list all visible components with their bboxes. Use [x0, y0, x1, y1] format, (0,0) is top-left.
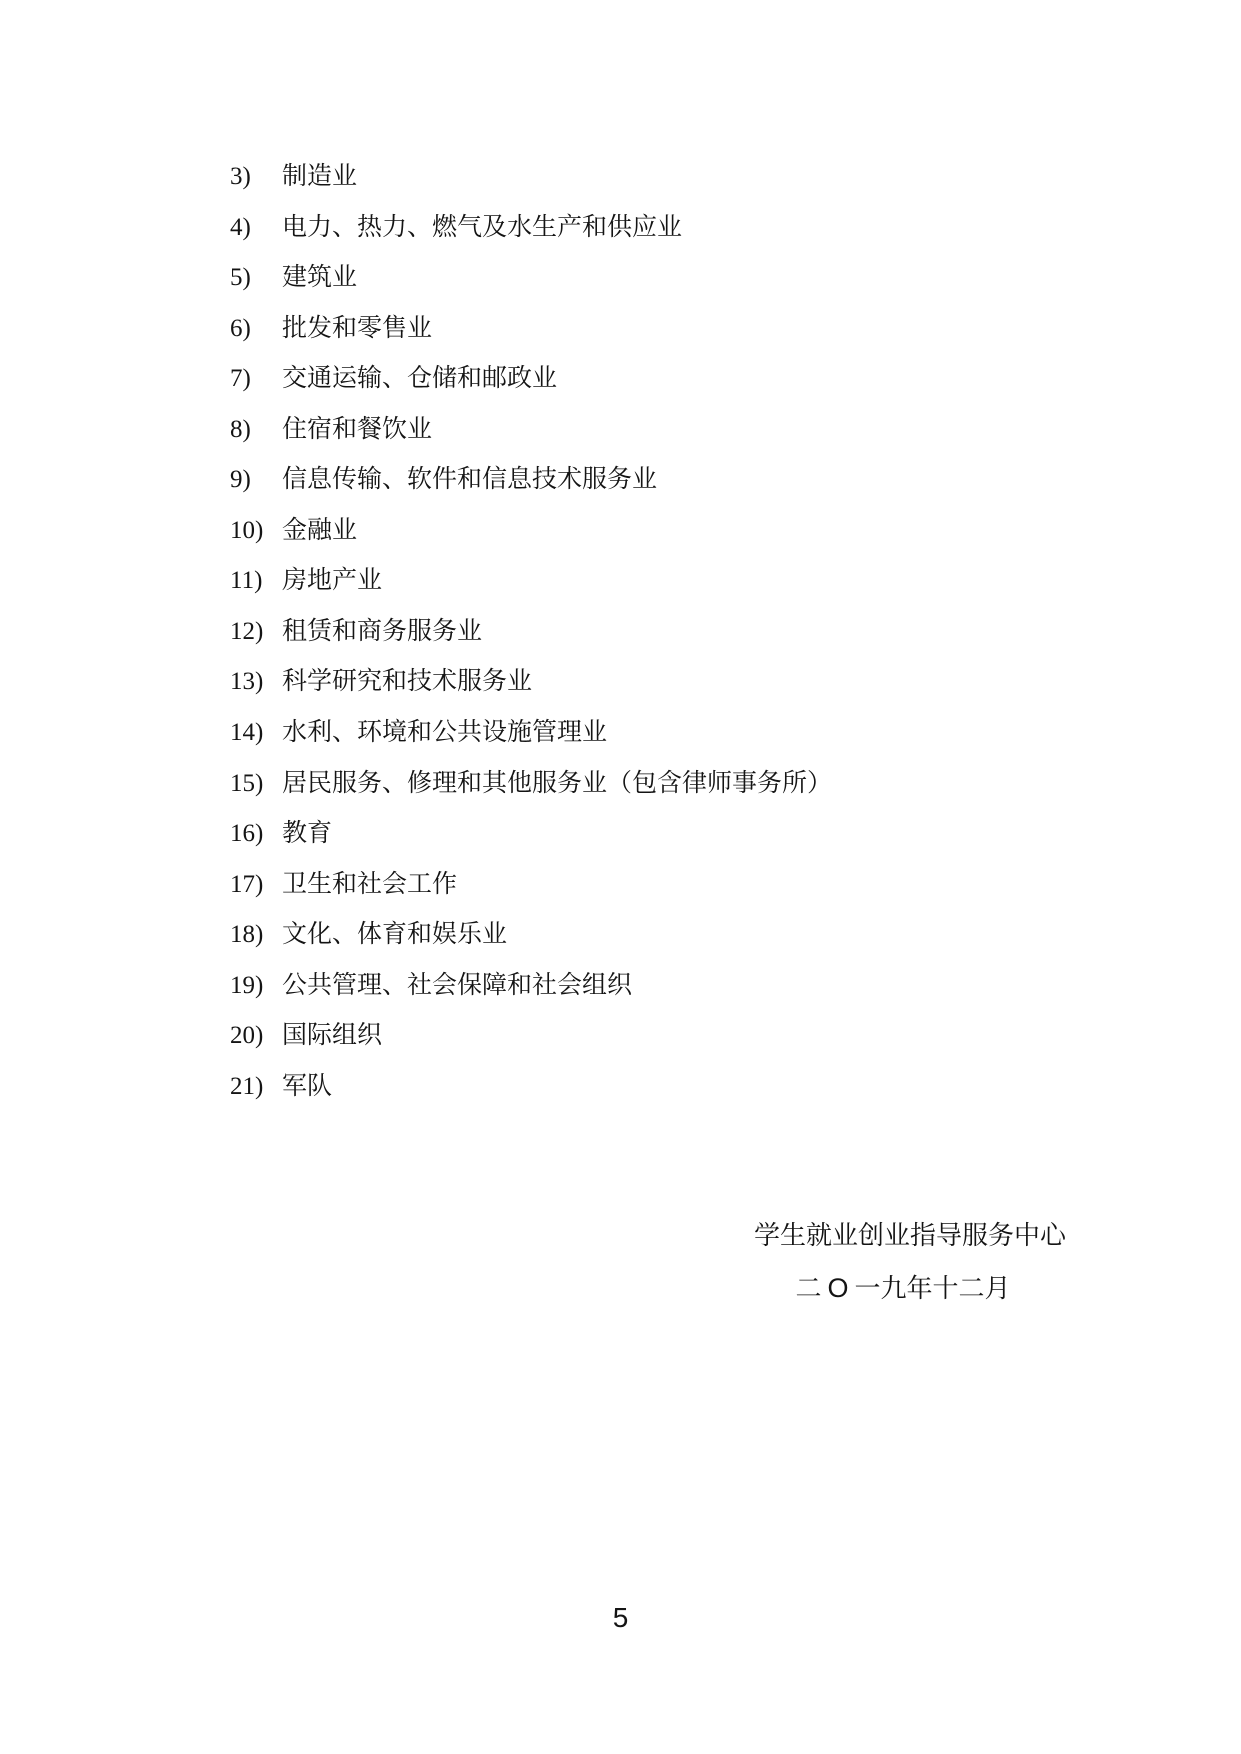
list-item-number: 21) [230, 1062, 282, 1113]
industry-list: 3)制造业 4)电力、热力、燃气及水生产和供应业 5)建筑业 6)批发和零售业 … [0, 152, 1241, 1112]
signature-date: 二O一九年十二月 [795, 1272, 1010, 1305]
list-item-text: 房地产业 [282, 567, 382, 594]
list-item-text: 居民服务、修理和其他服务业（包含律师事务所） [282, 770, 832, 797]
list-item: 11)房地产业 [0, 556, 1241, 607]
list-item: 7)交通运输、仓储和邮政业 [0, 354, 1241, 405]
list-item-number: 7) [230, 354, 282, 405]
page-number: 5 [613, 1602, 629, 1633]
list-item-number: 17) [230, 860, 282, 911]
list-item: 16)教育 [0, 809, 1241, 860]
list-item-text: 教育 [282, 820, 332, 847]
list-item: 4)电力、热力、燃气及水生产和供应业 [0, 203, 1241, 254]
list-item-number: 18) [230, 910, 282, 961]
list-item-number: 12) [230, 607, 282, 658]
list-item-number: 20) [230, 1011, 282, 1062]
signature-date-o: O [827, 1273, 848, 1303]
list-item-text: 文化、体育和娱乐业 [282, 921, 507, 948]
page-footer: 5 [0, 1602, 1241, 1633]
list-item-number: 9) [230, 455, 282, 506]
signature-date-prefix: 二 [795, 1274, 821, 1303]
list-item: 9)信息传输、软件和信息技术服务业 [0, 455, 1241, 506]
list-item: 15)居民服务、修理和其他服务业（包含律师事务所） [0, 759, 1241, 810]
list-item: 6)批发和零售业 [0, 304, 1241, 355]
list-item-text: 租赁和商务服务业 [282, 618, 482, 645]
list-item: 18)文化、体育和娱乐业 [0, 910, 1241, 961]
list-item-number: 19) [230, 961, 282, 1012]
list-item: 14)水利、环境和公共设施管理业 [0, 708, 1241, 759]
list-item-number: 15) [230, 759, 282, 810]
list-item: 19)公共管理、社会保障和社会组织 [0, 961, 1241, 1012]
signature-org: 学生就业创业指导服务中心 [754, 1219, 1066, 1252]
list-item: 17)卫生和社会工作 [0, 860, 1241, 911]
document-page: 3)制造业 4)电力、热力、燃气及水生产和供应业 5)建筑业 6)批发和零售业 … [0, 0, 1241, 1754]
list-item-text: 电力、热力、燃气及水生产和供应业 [282, 214, 682, 241]
list-item-number: 11) [230, 556, 282, 607]
list-item: 10)金融业 [0, 506, 1241, 557]
list-item-number: 8) [230, 405, 282, 456]
list-item-number: 14) [230, 708, 282, 759]
list-item-number: 6) [230, 304, 282, 355]
list-item-text: 水利、环境和公共设施管理业 [282, 719, 607, 746]
list-item-text: 制造业 [282, 163, 357, 190]
list-item-number: 16) [230, 809, 282, 860]
list-item-text: 科学研究和技术服务业 [282, 668, 532, 695]
list-item-text: 金融业 [282, 517, 357, 544]
list-item-text: 国际组织 [282, 1022, 382, 1049]
list-item-text: 交通运输、仓储和邮政业 [282, 365, 557, 392]
list-item: 12)租赁和商务服务业 [0, 607, 1241, 658]
list-item: 20)国际组织 [0, 1011, 1241, 1062]
list-item: 3)制造业 [0, 152, 1241, 203]
list-item-number: 5) [230, 253, 282, 304]
list-item-text: 卫生和社会工作 [282, 871, 457, 898]
list-item-number: 3) [230, 152, 282, 203]
list-item-text: 住宿和餐饮业 [282, 416, 432, 443]
list-item-text: 建筑业 [282, 264, 357, 291]
list-item: 21)军队 [0, 1062, 1241, 1113]
list-item-number: 10) [230, 506, 282, 557]
list-item-text: 信息传输、软件和信息技术服务业 [282, 466, 657, 493]
list-item: 5)建筑业 [0, 253, 1241, 304]
list-item-number: 13) [230, 657, 282, 708]
signature-date-suffix: 一九年十二月 [855, 1274, 1011, 1303]
list-item-text: 批发和零售业 [282, 315, 432, 342]
list-item-text: 军队 [282, 1073, 332, 1100]
list-item: 13)科学研究和技术服务业 [0, 657, 1241, 708]
list-item: 8)住宿和餐饮业 [0, 405, 1241, 456]
list-item-text: 公共管理、社会保障和社会组织 [282, 972, 632, 999]
list-item-number: 4) [230, 203, 282, 254]
